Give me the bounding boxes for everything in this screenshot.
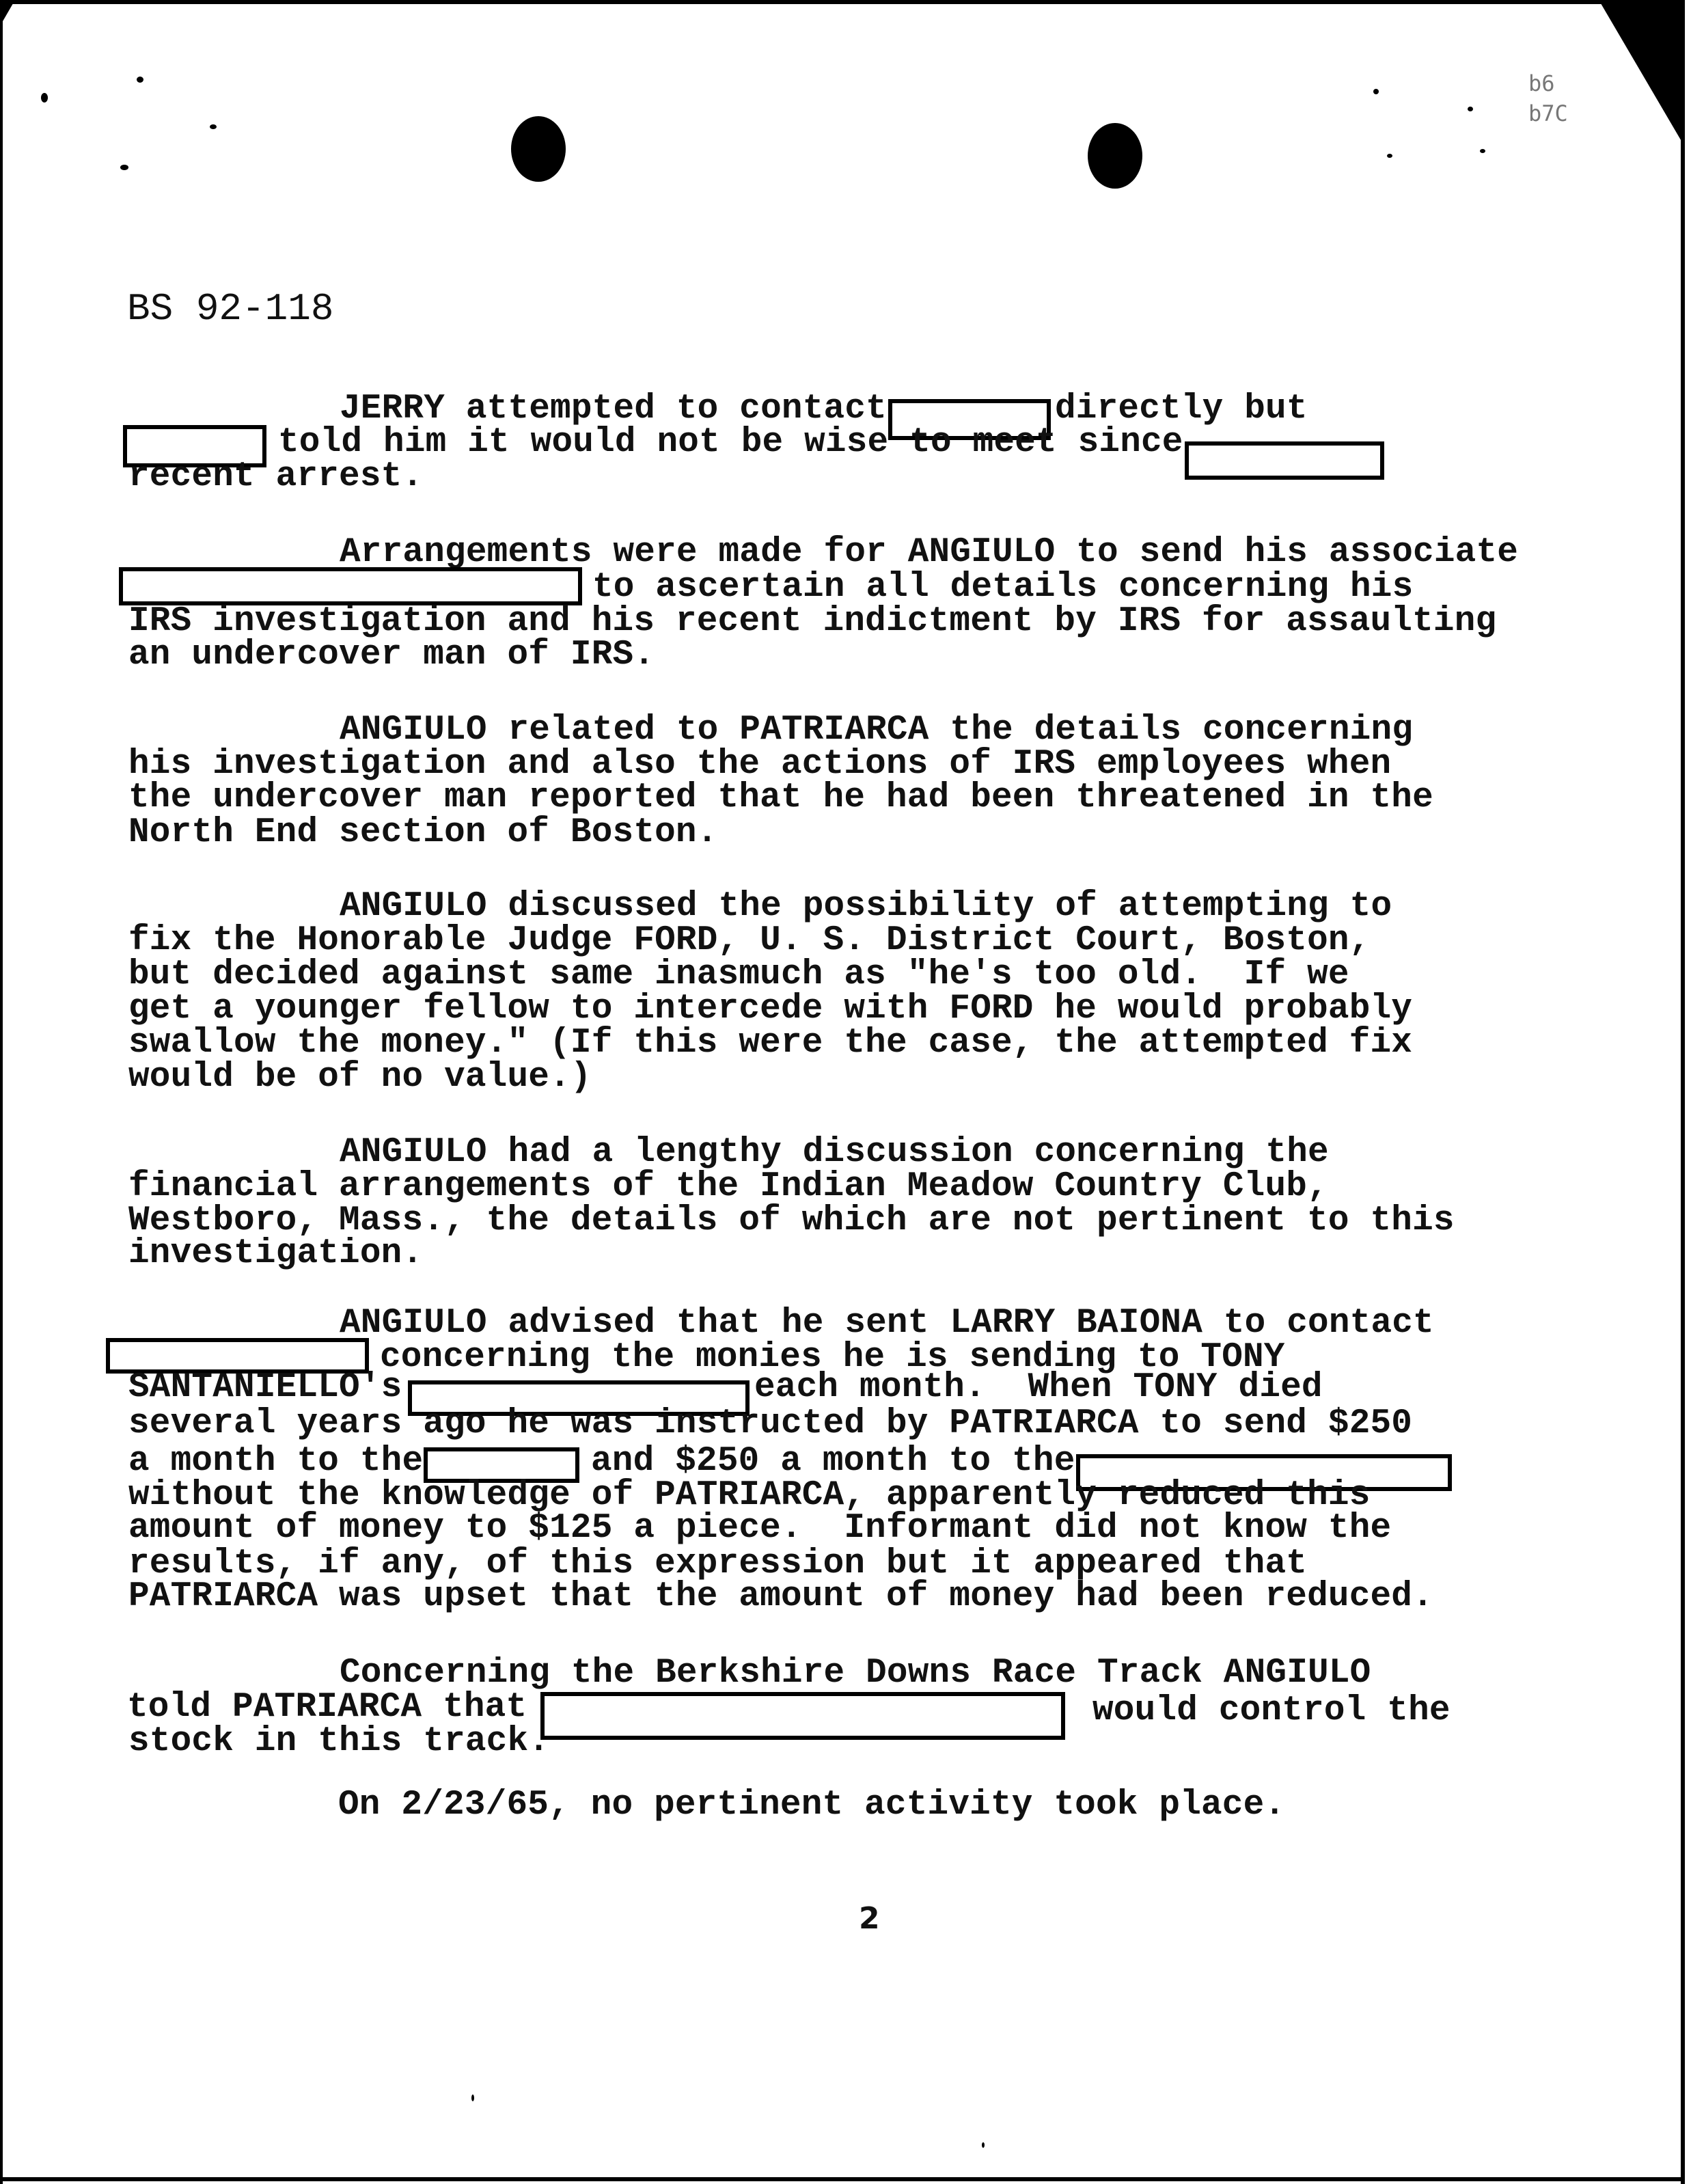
text-line: would be of no value.) [128, 1060, 592, 1095]
folded-corner-top-right [1599, 0, 1685, 147]
text-line: Arrangements were made for ANGIULO to se… [340, 535, 1518, 570]
text-line: On 2/23/65, no pertinent activity took p… [338, 1788, 1285, 1823]
scan-edge-top [0, 0, 1682, 4]
punch-hole-right [1088, 123, 1142, 189]
text-line: his investigation and also the actions o… [128, 747, 1391, 782]
page-number: 2 [859, 1904, 880, 1934]
text-line: ANGIULO advised that he sent LARRY BAION… [340, 1306, 1434, 1341]
text-line: but decided against same inasmuch as "he… [128, 957, 1349, 992]
text-line: without the knowledge of PATRIARCA, appa… [128, 1478, 1371, 1513]
scan-speck [120, 165, 128, 170]
text-line: each month. When TONY died [754, 1370, 1323, 1405]
scan-speck [982, 2142, 985, 2148]
text-line: results, if any, of this expression but … [128, 1546, 1307, 1581]
redaction-box [1185, 441, 1384, 480]
redaction-box [119, 567, 582, 605]
text-line: an undercover man of IRS. [128, 638, 655, 672]
text-line: financial arrangements of the Indian Mea… [128, 1169, 1328, 1204]
text-line: told him it would not be wise to meet si… [278, 425, 1183, 460]
text-line: stock in this track. [128, 1724, 549, 1759]
redaction-box [540, 1692, 1065, 1740]
punch-hole-left [511, 116, 566, 182]
text-line: PATRIARCA was upset that the amount of m… [128, 1579, 1433, 1614]
scan-speck [1387, 154, 1392, 158]
text-line: ANGIULO discussed the possibility of att… [340, 889, 1392, 924]
text-line: JERRY attempted to contact [340, 392, 887, 426]
text-line: directly but [1055, 392, 1308, 426]
text-line: ANGIULO had a lengthy discussion concern… [340, 1135, 1329, 1170]
text-line: would control the [1092, 1693, 1451, 1728]
scan-speck [210, 124, 217, 129]
text-line: to ascertain all details concerning his [592, 570, 1413, 605]
exemption-code-b7c: b7C [1528, 101, 1568, 126]
scan-speck [137, 77, 143, 83]
text-line: Westboro, Mass., the details of which ar… [128, 1203, 1455, 1238]
text-line: Concerning the Berkshire Downs Race Trac… [340, 1656, 1371, 1691]
text-line: told PATRIARCA that [127, 1690, 527, 1725]
text-line: ANGIULO related to PATRIARCA the details… [340, 713, 1413, 748]
scan-speck [41, 93, 48, 103]
text-line: fix the Honorable Judge FORD, U. S. Dist… [128, 923, 1371, 958]
text-line: IRS investigation and his recent indictm… [128, 604, 1496, 639]
scan-edge-bottom [0, 2177, 1682, 2181]
text-line: recent arrest. [128, 459, 423, 494]
text-line: amount of money to $125 a piece. Informa… [128, 1511, 1391, 1546]
scan-speck [1468, 107, 1473, 111]
text-line: several years ago he was instructed by P… [128, 1406, 1412, 1441]
text-line: SANTANIELLO's [128, 1370, 402, 1405]
scan-edge-right [1681, 0, 1685, 2184]
scan-speck [1480, 149, 1485, 153]
scan-speck [1373, 89, 1379, 94]
document-page: b6 b7C BS 92-118 JERRY attempted to cont… [0, 0, 1691, 2184]
text-line: and $250 a month to the [591, 1444, 1075, 1479]
text-line: swallow the money." (If this were the ca… [128, 1026, 1412, 1061]
scan-edge-left [0, 0, 3, 2184]
exemption-code-b6: b6 [1528, 71, 1555, 96]
scan-speck [471, 2094, 474, 2101]
text-line: investigation. [128, 1236, 423, 1271]
text-line: North End section of Boston. [128, 815, 718, 850]
text-line: a month to the [128, 1444, 423, 1479]
file-number: BS 92-118 [127, 290, 333, 328]
text-line: the undercover man reported that he had … [128, 780, 1433, 815]
text-line: get a younger fellow to intercede with F… [128, 992, 1412, 1026]
